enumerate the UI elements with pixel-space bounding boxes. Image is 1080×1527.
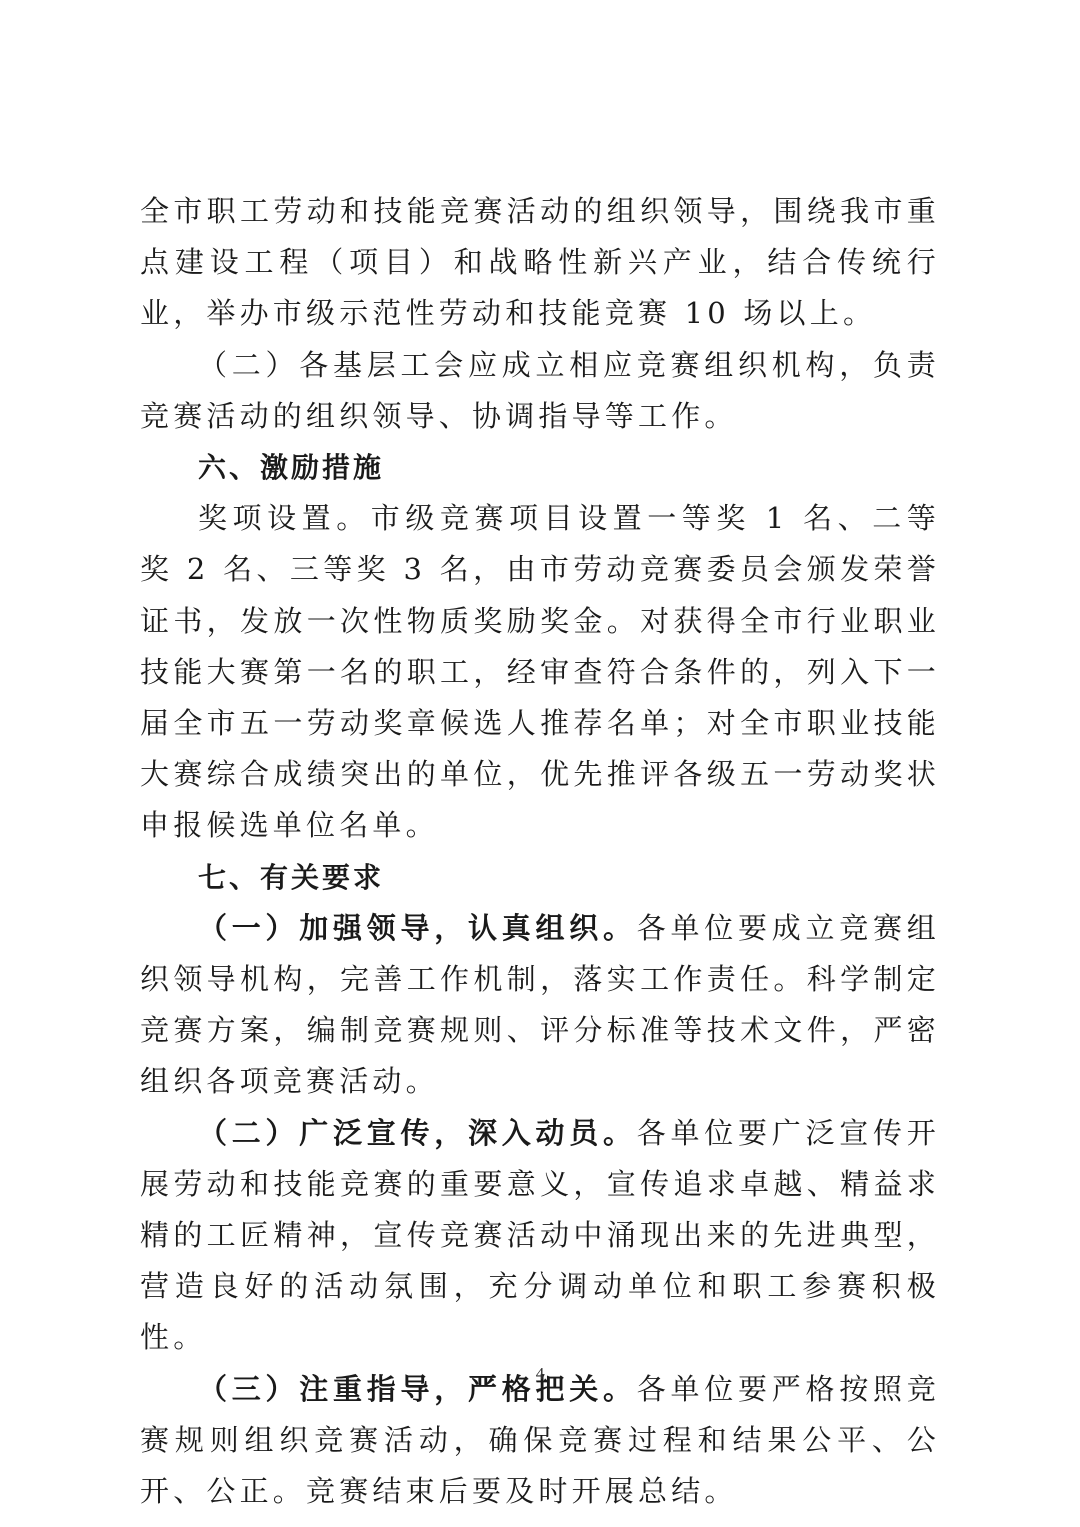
page-number: 4: [0, 1364, 1080, 1384]
paragraph-requirement-publicity: （二）广泛宣传，深入动员。各单位要广泛宣传开展劳动和技能竞赛的重要意义，宣传追求…: [140, 1108, 940, 1364]
paragraph-competition-organization-continued: 全市职工劳动和技能竞赛活动的组织领导，围绕我市重点建设工程（项目）和战略性新兴产…: [140, 186, 940, 340]
paragraph-requirement-guidance: （三）注重指导，严格把关。各单位要严格按照竞赛规则组织竞赛活动，确保竞赛过程和结…: [140, 1364, 940, 1518]
requirement-leadership-lead: （一）加强领导，认真组织。: [198, 911, 637, 945]
paragraph-requirement-leadership: （一）加强领导，认真组织。各单位要成立竞赛组织领导机构，完善工作机制，落实工作责…: [140, 903, 940, 1108]
paragraph-award-settings: 奖项设置。市级竞赛项目设置一等奖 1 名、二等奖 2 名、三等奖 3 名，由市劳…: [140, 493, 940, 851]
section-heading-incentives: 六、激励措施: [140, 442, 940, 493]
document-page-body: 全市职工劳动和技能竞赛活动的组织领导，围绕我市重点建设工程（项目）和战略性新兴产…: [140, 186, 940, 1517]
requirement-publicity-lead: （二）广泛宣传，深入动员。: [198, 1116, 637, 1150]
paragraph-grassroots-union-organization: （二）各基层工会应成立相应竞赛组织机构，负责竞赛活动的组织领导、协调指导等工作。: [140, 340, 940, 442]
requirement-publicity-text: 各单位要广泛宣传开展劳动和技能竞赛的重要意义，宣传追求卓越、精益求精的工匠精神，…: [140, 1116, 940, 1355]
section-heading-requirements: 七、有关要求: [140, 852, 940, 903]
